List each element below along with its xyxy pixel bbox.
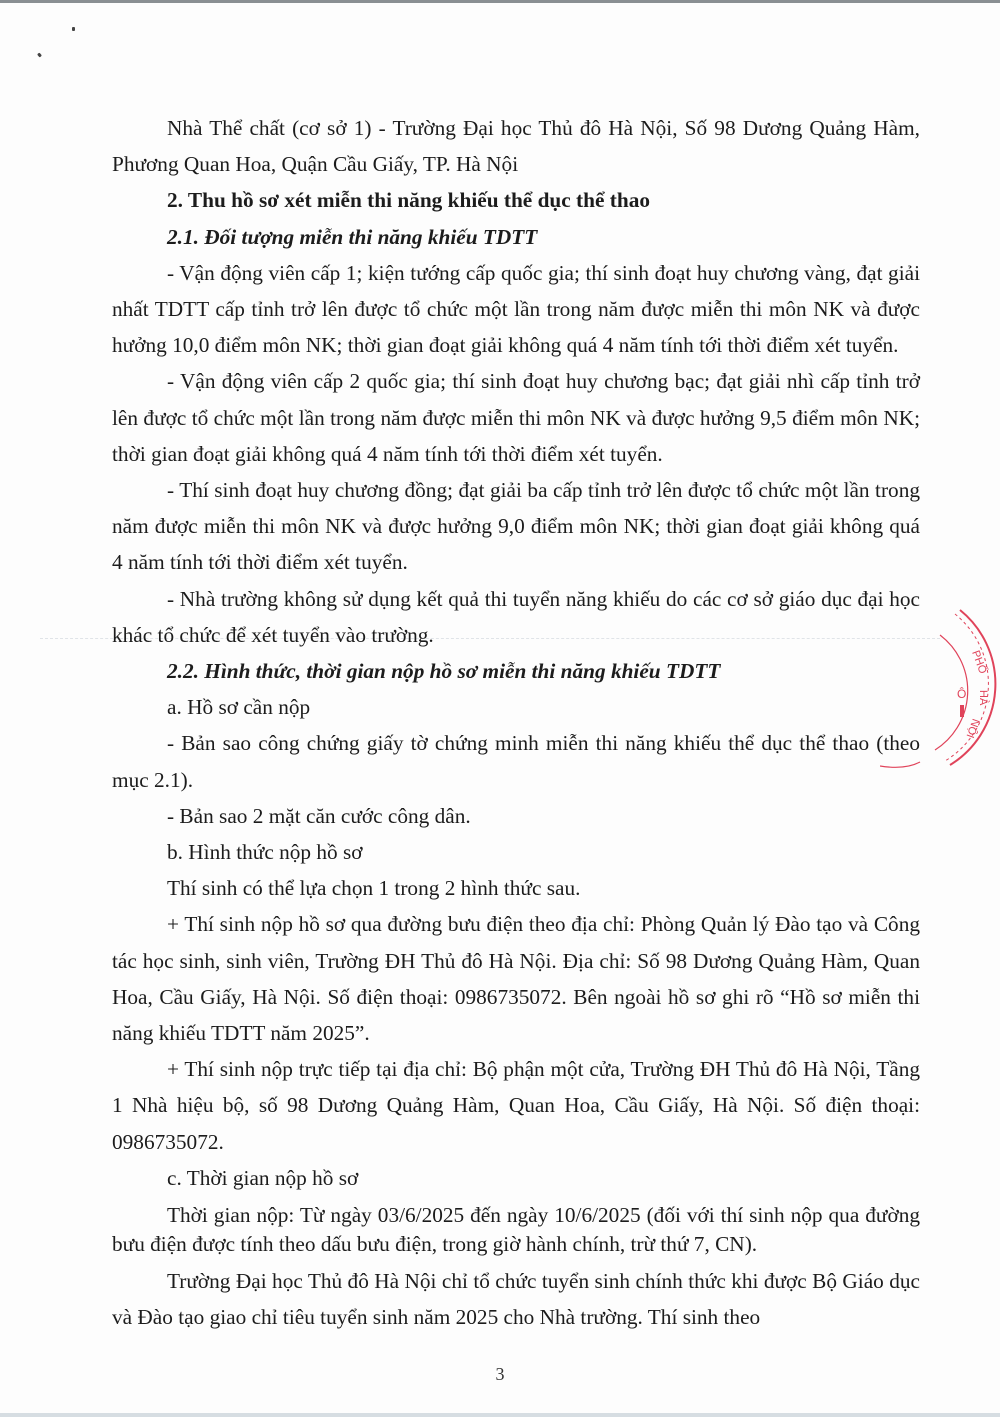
required-doc-1: - Bản sao công chứng giấy tờ chứng minh … xyxy=(112,725,920,797)
official-seal-stamp-icon: PHỐ HÀ NỘI Ô xyxy=(880,590,1000,780)
section-heading-2-2: 2.2. Hình thức, thời gian nộp hồ sơ miễn… xyxy=(112,653,920,689)
section-heading-2: 2. Thu hồ sơ xét miễn thi năng khiếu thể… xyxy=(112,182,920,218)
submission-by-post: + Thí sinh nộp hồ sơ qua đường bưu điện … xyxy=(112,906,920,1051)
closing-paragraph: Trường Đại học Thủ đô Hà Nội chỉ tổ chức… xyxy=(112,1263,920,1335)
svg-text:Ô: Ô xyxy=(957,686,966,701)
scan-top-edge xyxy=(0,0,1000,3)
page-number: 3 xyxy=(0,1364,1000,1385)
address-paragraph: Nhà Thể chất (cơ sở 1) - Trường Đại học … xyxy=(112,110,920,182)
scan-bottom-edge xyxy=(0,1413,1000,1417)
document-body: Nhà Thể chất (cơ sở 1) - Trường Đại học … xyxy=(112,110,920,1336)
submission-in-person: + Thí sinh nộp trực tiếp tại địa chỉ: Bộ… xyxy=(112,1051,920,1160)
required-doc-2: - Bản sao 2 mặt căn cước công dân. xyxy=(112,798,920,834)
scan-speck xyxy=(37,53,42,58)
subheading-a: a. Hồ sơ cần nộp xyxy=(112,689,920,725)
criteria-item-level-2: - Vận động viên cấp 2 quốc gia; thí sinh… xyxy=(112,363,920,472)
choose-method-text: Thí sinh có thể lựa chọn 1 trong 2 hình … xyxy=(112,870,920,906)
subheading-b: b. Hình thức nộp hồ sơ xyxy=(112,834,920,870)
criteria-note: - Nhà trường không sử dụng kết quả thi t… xyxy=(112,581,920,653)
criteria-item-bronze: - Thí sinh đoạt huy chương đồng; đạt giả… xyxy=(112,472,920,581)
submission-deadline: Thời gian nộp: Từ ngày 03/6/2025 đến ngà… xyxy=(112,1201,920,1259)
svg-text:PHỐ: PHỐ xyxy=(969,648,990,676)
subheading-c: c. Thời gian nộp hồ sơ xyxy=(112,1160,920,1196)
scan-speck xyxy=(72,27,75,31)
section-heading-2-1: 2.1. Đối tượng miễn thi năng khiếu TDTT xyxy=(112,219,920,255)
svg-text:HÀ: HÀ xyxy=(977,690,990,706)
criteria-item-level-1: - Vận động viên cấp 1; kiện tướng cấp qu… xyxy=(112,255,920,364)
